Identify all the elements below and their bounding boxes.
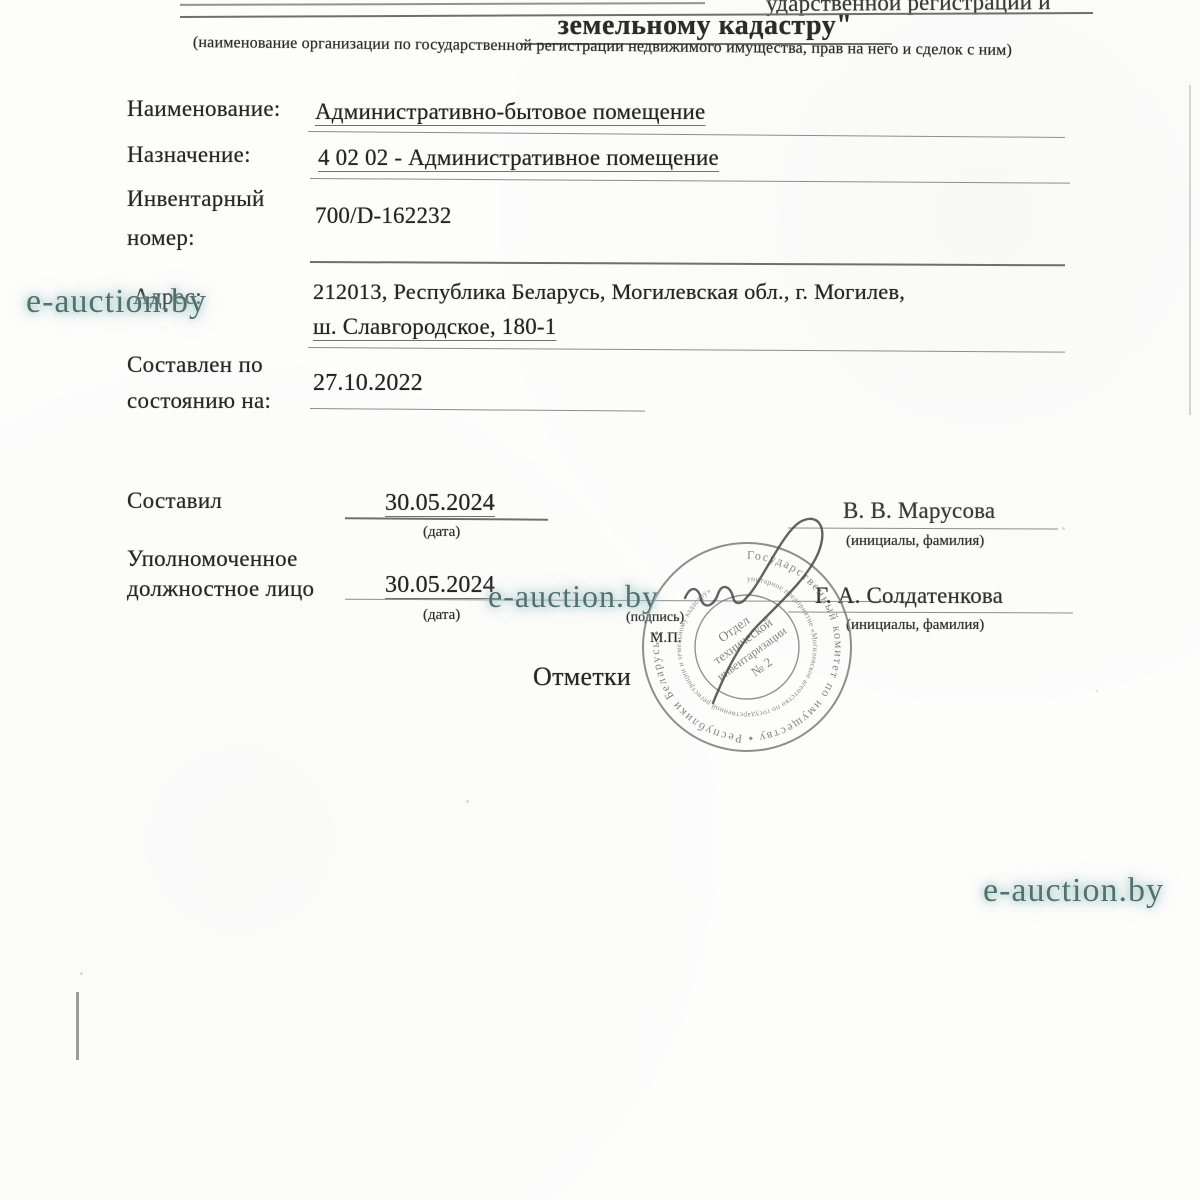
composed-label: Составил bbox=[127, 488, 222, 514]
watermark-center: e-auction.by bbox=[488, 578, 659, 615]
scanned-document-page: ударственной регистрации и земельному ка… bbox=[0, 0, 1200, 1200]
authorized-name-caption: (инициалы, фамилия) bbox=[846, 617, 984, 634]
composed-date: 30.05.2024 bbox=[385, 490, 495, 517]
top-rule-left bbox=[180, 2, 705, 6]
field-purpose-label: Назначение: bbox=[127, 142, 251, 168]
field-address-value-line2: ш. Славгородское, 180-1 bbox=[313, 314, 556, 340]
field-asof-label-line1: Составлен по bbox=[127, 352, 263, 378]
scan-edge-line bbox=[1189, 85, 1191, 415]
composed-name: В. В. Марусова bbox=[843, 498, 995, 524]
scan-speck bbox=[1096, 690, 1098, 692]
field-inventory-value: 700/D-162232 bbox=[315, 203, 452, 229]
composed-name-caption: (инициалы, фамилия) bbox=[846, 533, 984, 550]
composed-date-caption: (дата) bbox=[423, 524, 460, 541]
field-name-rule bbox=[308, 131, 1065, 138]
field-asof-rule bbox=[310, 408, 645, 412]
field-inventory-rule bbox=[310, 261, 1065, 266]
watermark-left: e-auction.by bbox=[26, 283, 207, 321]
scan-speck bbox=[466, 800, 469, 803]
field-purpose-value: 4 02 02 - Административное помещение bbox=[318, 145, 719, 171]
field-asof-label-line2: состоянию на: bbox=[127, 388, 271, 414]
field-address-value-line1: 212013, Республика Беларусь, Могилевская… bbox=[313, 279, 905, 305]
field-address-rule bbox=[308, 347, 1065, 353]
field-purpose-rule bbox=[310, 178, 1070, 184]
field-inventory-label-line2: номер: bbox=[127, 225, 195, 251]
authorized-label-line1: Уполномоченное bbox=[127, 546, 298, 572]
scan-speck bbox=[80, 972, 83, 975]
field-asof-value: 27.10.2022 bbox=[313, 370, 423, 397]
authorized-date: 30.05.2024 bbox=[385, 572, 495, 599]
signature-stroke bbox=[660, 505, 860, 725]
scan-speck bbox=[1062, 527, 1065, 530]
marks-label: Отметки bbox=[533, 662, 631, 692]
scan-artifact-vertical-line bbox=[76, 992, 79, 1060]
authorized-label-line2: должностное лицо bbox=[127, 576, 314, 602]
watermark-bottom-right: e-auction.by bbox=[983, 872, 1164, 910]
composed-date-rule bbox=[345, 517, 548, 520]
field-name-label: Наименование: bbox=[127, 96, 281, 122]
field-inventory-label-line1: Инвентарный bbox=[127, 186, 265, 212]
field-name-value: Административно-бытовое помещение bbox=[315, 99, 705, 125]
authorized-date-caption: (дата) bbox=[423, 607, 460, 624]
